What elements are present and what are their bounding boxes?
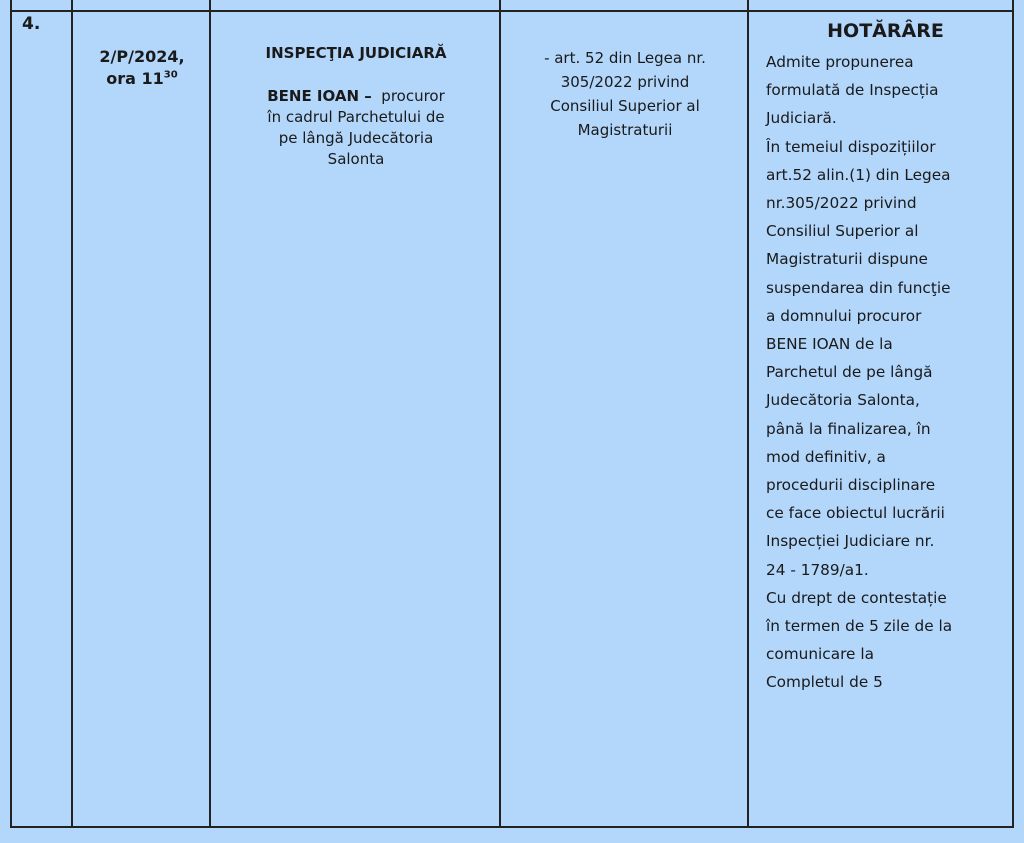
decision-line: În temeiul dispozițiilor	[766, 133, 1005, 161]
row-number: 4.	[22, 14, 40, 34]
legal-basis-line: - art. 52 din Legea nr.	[510, 46, 740, 70]
decision-line: Consiliul Superior al	[766, 217, 1005, 245]
decision-line: art.52 alin.(1) din Legea	[766, 161, 1005, 189]
decision-line: BENE IOAN de la	[766, 330, 1005, 358]
decision-line: Admite propunerea	[766, 48, 1005, 76]
document-table: 4. 2/P/2024, ora 1130 INSPECŢIA JUDICIAR…	[0, 0, 1024, 843]
column-divider	[71, 0, 73, 828]
table-top-border	[10, 10, 1014, 12]
case-cell: 2/P/2024, ora 1130	[74, 46, 210, 90]
decision-line: nr.305/2022 privind	[766, 189, 1005, 217]
decision-title: HOTĂRÂRE	[766, 18, 1005, 44]
hearing-time-hour: ora 11	[106, 69, 164, 88]
legal-basis-line: Consiliul Superior al	[510, 94, 740, 118]
decision-line: formulată de Inspecția	[766, 76, 1005, 104]
hearing-time-minutes: 30	[164, 70, 178, 81]
person-name: BENE IOAN –	[267, 87, 372, 105]
legal-basis-line: Magistraturii	[510, 118, 740, 142]
decision-line: Cu drept de contestație	[766, 584, 1005, 612]
decision-line: procedurii disciplinare	[766, 471, 1005, 499]
decision-line: Inspecției Judiciare nr.	[766, 527, 1005, 555]
decision-line: Completul de 5	[766, 668, 1005, 696]
parties-cell: INSPECŢIA JUDICIARĂ BENE IOAN – procuror…	[212, 43, 500, 170]
decision-line: ce face obiectul lucrării	[766, 499, 1005, 527]
person-role-line: în cadrul Parchetului de	[212, 107, 500, 128]
decision-cell: HOTĂRÂRE Admite propunereaformulată de I…	[750, 18, 1013, 697]
column-divider	[10, 0, 12, 828]
table-bottom-border	[10, 826, 1014, 828]
decision-line: Judecătoria Salonta,	[766, 386, 1005, 414]
person-role-line: Salonta	[212, 149, 500, 170]
person-role: procuror	[381, 87, 444, 105]
case-id: 2/P/2024,	[74, 46, 210, 68]
decision-line: a domnului procuror	[766, 302, 1005, 330]
person-role-line: pe lângă Judecătoria	[212, 128, 500, 149]
decision-line: 24 - 1789/a1.	[766, 556, 1005, 584]
decision-line: Magistraturii dispune	[766, 245, 1005, 273]
decision-line: Parchetul de pe lângă	[766, 358, 1005, 386]
decision-line: până la finalizarea, în	[766, 415, 1005, 443]
legal-basis-cell: - art. 52 din Legea nr. 305/2022 privind…	[502, 46, 748, 142]
decision-line: mod definitiv, a	[766, 443, 1005, 471]
legal-basis-line: 305/2022 privind	[510, 70, 740, 94]
decision-line: suspendarea din funcţie	[766, 274, 1005, 302]
decision-line: comunicare la	[766, 640, 1005, 668]
hearing-time: ora 1130	[74, 68, 210, 90]
decision-line: în termen de 5 zile de la	[766, 612, 1005, 640]
decision-text: Admite propunereaformulată de InspecțiaJ…	[766, 48, 1005, 697]
person-line: BENE IOAN – procuror	[212, 86, 500, 107]
institution-name: INSPECŢIA JUDICIARĂ	[212, 43, 500, 64]
decision-line: Judiciară.	[766, 104, 1005, 132]
column-divider	[209, 0, 211, 828]
